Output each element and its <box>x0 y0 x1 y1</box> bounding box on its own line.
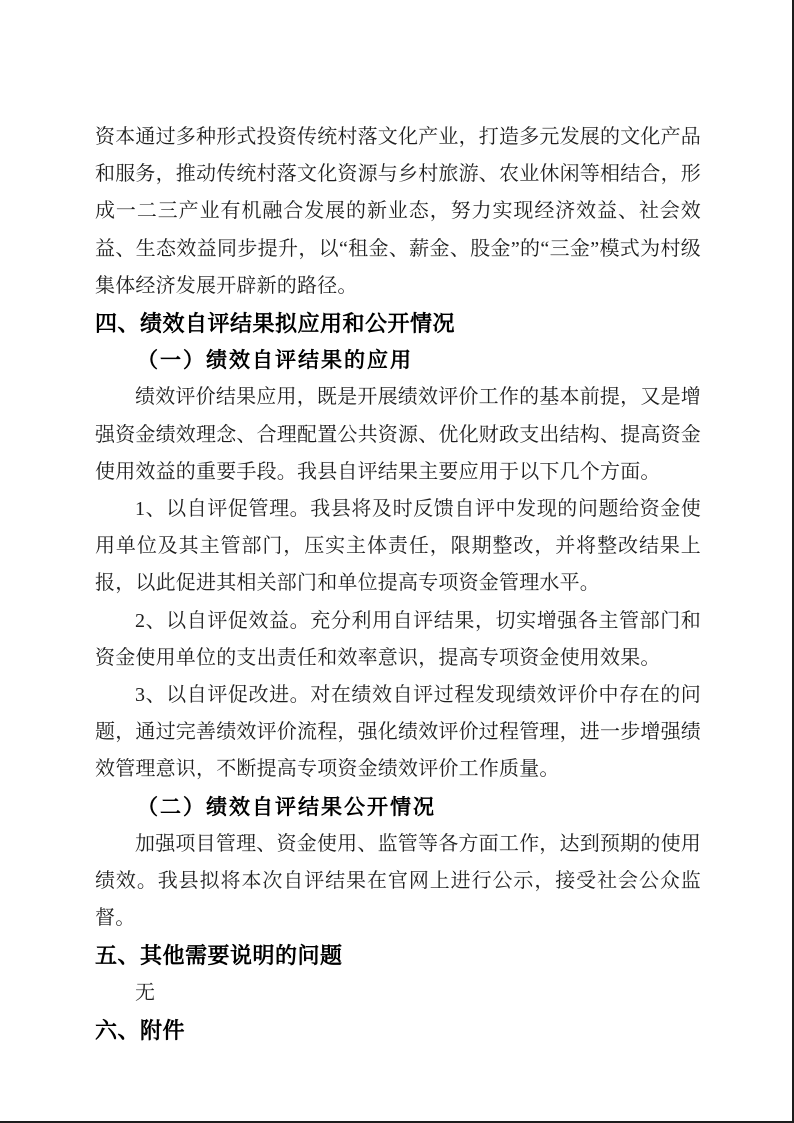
heading-sub-two: （二）绩效自评结果公开情况 <box>95 789 701 826</box>
heading-section-five: 五、其他需要说明的问题 <box>95 937 701 974</box>
paragraph-item-2: 2、以自评促效益。充分利用自评结果，切实增强各主管部门和资金使用单位的支出责任和… <box>95 603 701 677</box>
paragraph-item-1: 1、以自评促管理。我县将及时反馈自评中发现的问题给资金使用单位及其主管部门，压实… <box>95 491 701 603</box>
heading-sub-one: （一）绩效自评结果的应用 <box>95 342 701 379</box>
paragraph-item-3: 3、以自评促改进。对在绩效自评过程发现绩效评价中存在的问题，通过完善绩效评价流程… <box>95 677 701 789</box>
document-content: 资本通过多种形式投资传统村落文化产业，打造多元发展的文化产品和服务，推动传统村落… <box>95 119 701 1049</box>
document-page: 资本通过多种形式投资传统村落文化产业，打造多元发展的文化产品和服务，推动传统村落… <box>0 0 794 1123</box>
paragraph-publicity: 加强项目管理、资金使用、监管等各方面工作，达到预期的使用绩效。我县拟将本次自评结… <box>95 826 701 938</box>
paragraph-continuation: 资本通过多种形式投资传统村落文化产业，打造多元发展的文化产品和服务，推动传统村落… <box>95 119 701 305</box>
heading-section-six: 六、附件 <box>95 1012 701 1049</box>
paragraph-results-application: 绩效评价结果应用，既是开展绩效评价工作的基本前提，又是增强资金绩效理念、合理配置… <box>95 379 701 491</box>
heading-section-four: 四、绩效自评结果拟应用和公开情况 <box>95 305 701 342</box>
paragraph-none: 无 <box>95 975 701 1012</box>
